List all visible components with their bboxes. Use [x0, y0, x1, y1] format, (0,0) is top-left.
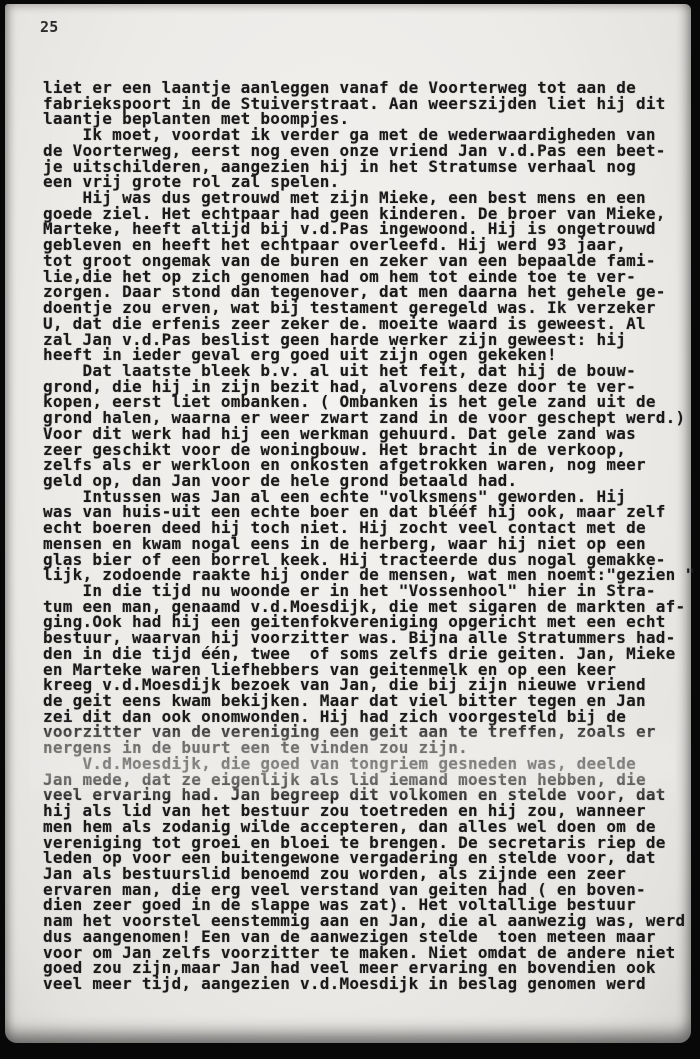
scanned-document: 25 liet er een laantje aanleggen vanaf d…	[0, 0, 700, 1059]
typewritten-page: 25 liet er een laantje aanleggen vanaf d…	[5, 4, 691, 1043]
page-number: 25	[40, 18, 59, 36]
page-text: liet er een laantje aanleggen vanaf de V…	[43, 80, 695, 992]
